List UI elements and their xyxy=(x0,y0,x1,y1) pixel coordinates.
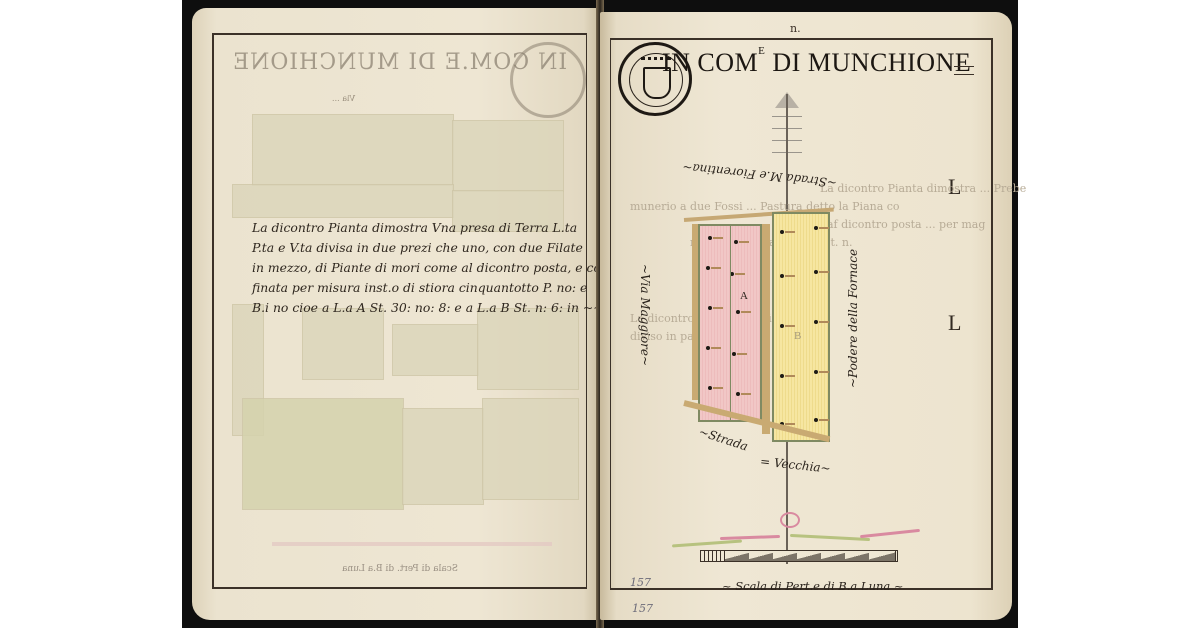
ghost-field xyxy=(252,114,454,186)
ribbon-bow-icon xyxy=(780,512,800,528)
ghost-field xyxy=(302,308,384,380)
parcel-a xyxy=(698,224,762,422)
mirrored-seal-icon xyxy=(510,42,586,118)
ghost-field xyxy=(477,308,579,390)
divider-strip xyxy=(762,224,770,434)
map-title: IN COME DI MUNCHIONE xyxy=(662,48,971,78)
parcel-a-label: A xyxy=(740,290,748,302)
ghost-field xyxy=(452,120,564,192)
description-line: finata per misura inst.o di stiora cinqu… xyxy=(252,278,592,298)
scale-subdivision xyxy=(701,551,726,561)
title-prefix: IN COM xyxy=(662,48,758,77)
description-line: B.i no cioe a L.a A St. 30: no: 8: e a L… xyxy=(252,298,592,318)
road-label-east: ~Podere della Fornace xyxy=(846,249,860,388)
ghost-scale-bar xyxy=(272,542,552,546)
bleed-text: munerio a due Fossi ... Pastura detto la… xyxy=(630,200,900,213)
description-line: in mezzo, di Piante di mori come al dico… xyxy=(252,258,592,278)
ghost-field xyxy=(392,324,479,376)
title-flourish xyxy=(954,66,974,67)
page-mark: n. xyxy=(790,22,801,35)
right-page: n. IN COME DI MUNCHIONE L La dicontro Pi… xyxy=(600,12,1012,620)
ghost-field xyxy=(402,408,484,505)
bleed-initial: L xyxy=(948,310,961,336)
road-label-west: ~Via Maggiore~ xyxy=(638,264,652,366)
parcel-description: La dicontro Pianta dimostra Vna presa di… xyxy=(252,218,592,318)
parcel-a-row-divider xyxy=(730,226,731,420)
scale-caption: ~ Scala di Pert.e di B.a Luna ~ xyxy=(722,579,904,593)
scale-bar xyxy=(700,550,898,562)
parcel-b xyxy=(772,212,830,442)
left-page: IN COM.E DI MUNCHIONE Via ... La dicontr… xyxy=(192,8,600,620)
bleed-text: meaf dicontro posta ... per mag xyxy=(810,218,985,231)
ghost-scale-caption: Scala di Pert. di B.a Luna xyxy=(342,564,458,574)
bleed-text: La dicontro Pianta dimostra ... Prebe xyxy=(820,182,1026,195)
ghost-field xyxy=(482,398,579,500)
description-line: P.ta e V.ta divisa in due prezi che uno,… xyxy=(252,238,592,258)
ghost-street-label: Via ... xyxy=(332,94,355,103)
title-superscript: E xyxy=(758,45,765,57)
folio-number: 157 xyxy=(630,576,651,589)
folio-number-lower: 157 xyxy=(632,602,653,615)
parcel-b-label: B xyxy=(794,330,801,342)
ghost-field-green xyxy=(242,398,404,510)
title-flourish xyxy=(954,74,974,75)
description-line: La dicontro Pianta dimostra Vna presa di… xyxy=(252,218,592,238)
title-suffix: DI MUNCHIONE xyxy=(772,48,971,77)
ghost-field xyxy=(232,184,454,218)
